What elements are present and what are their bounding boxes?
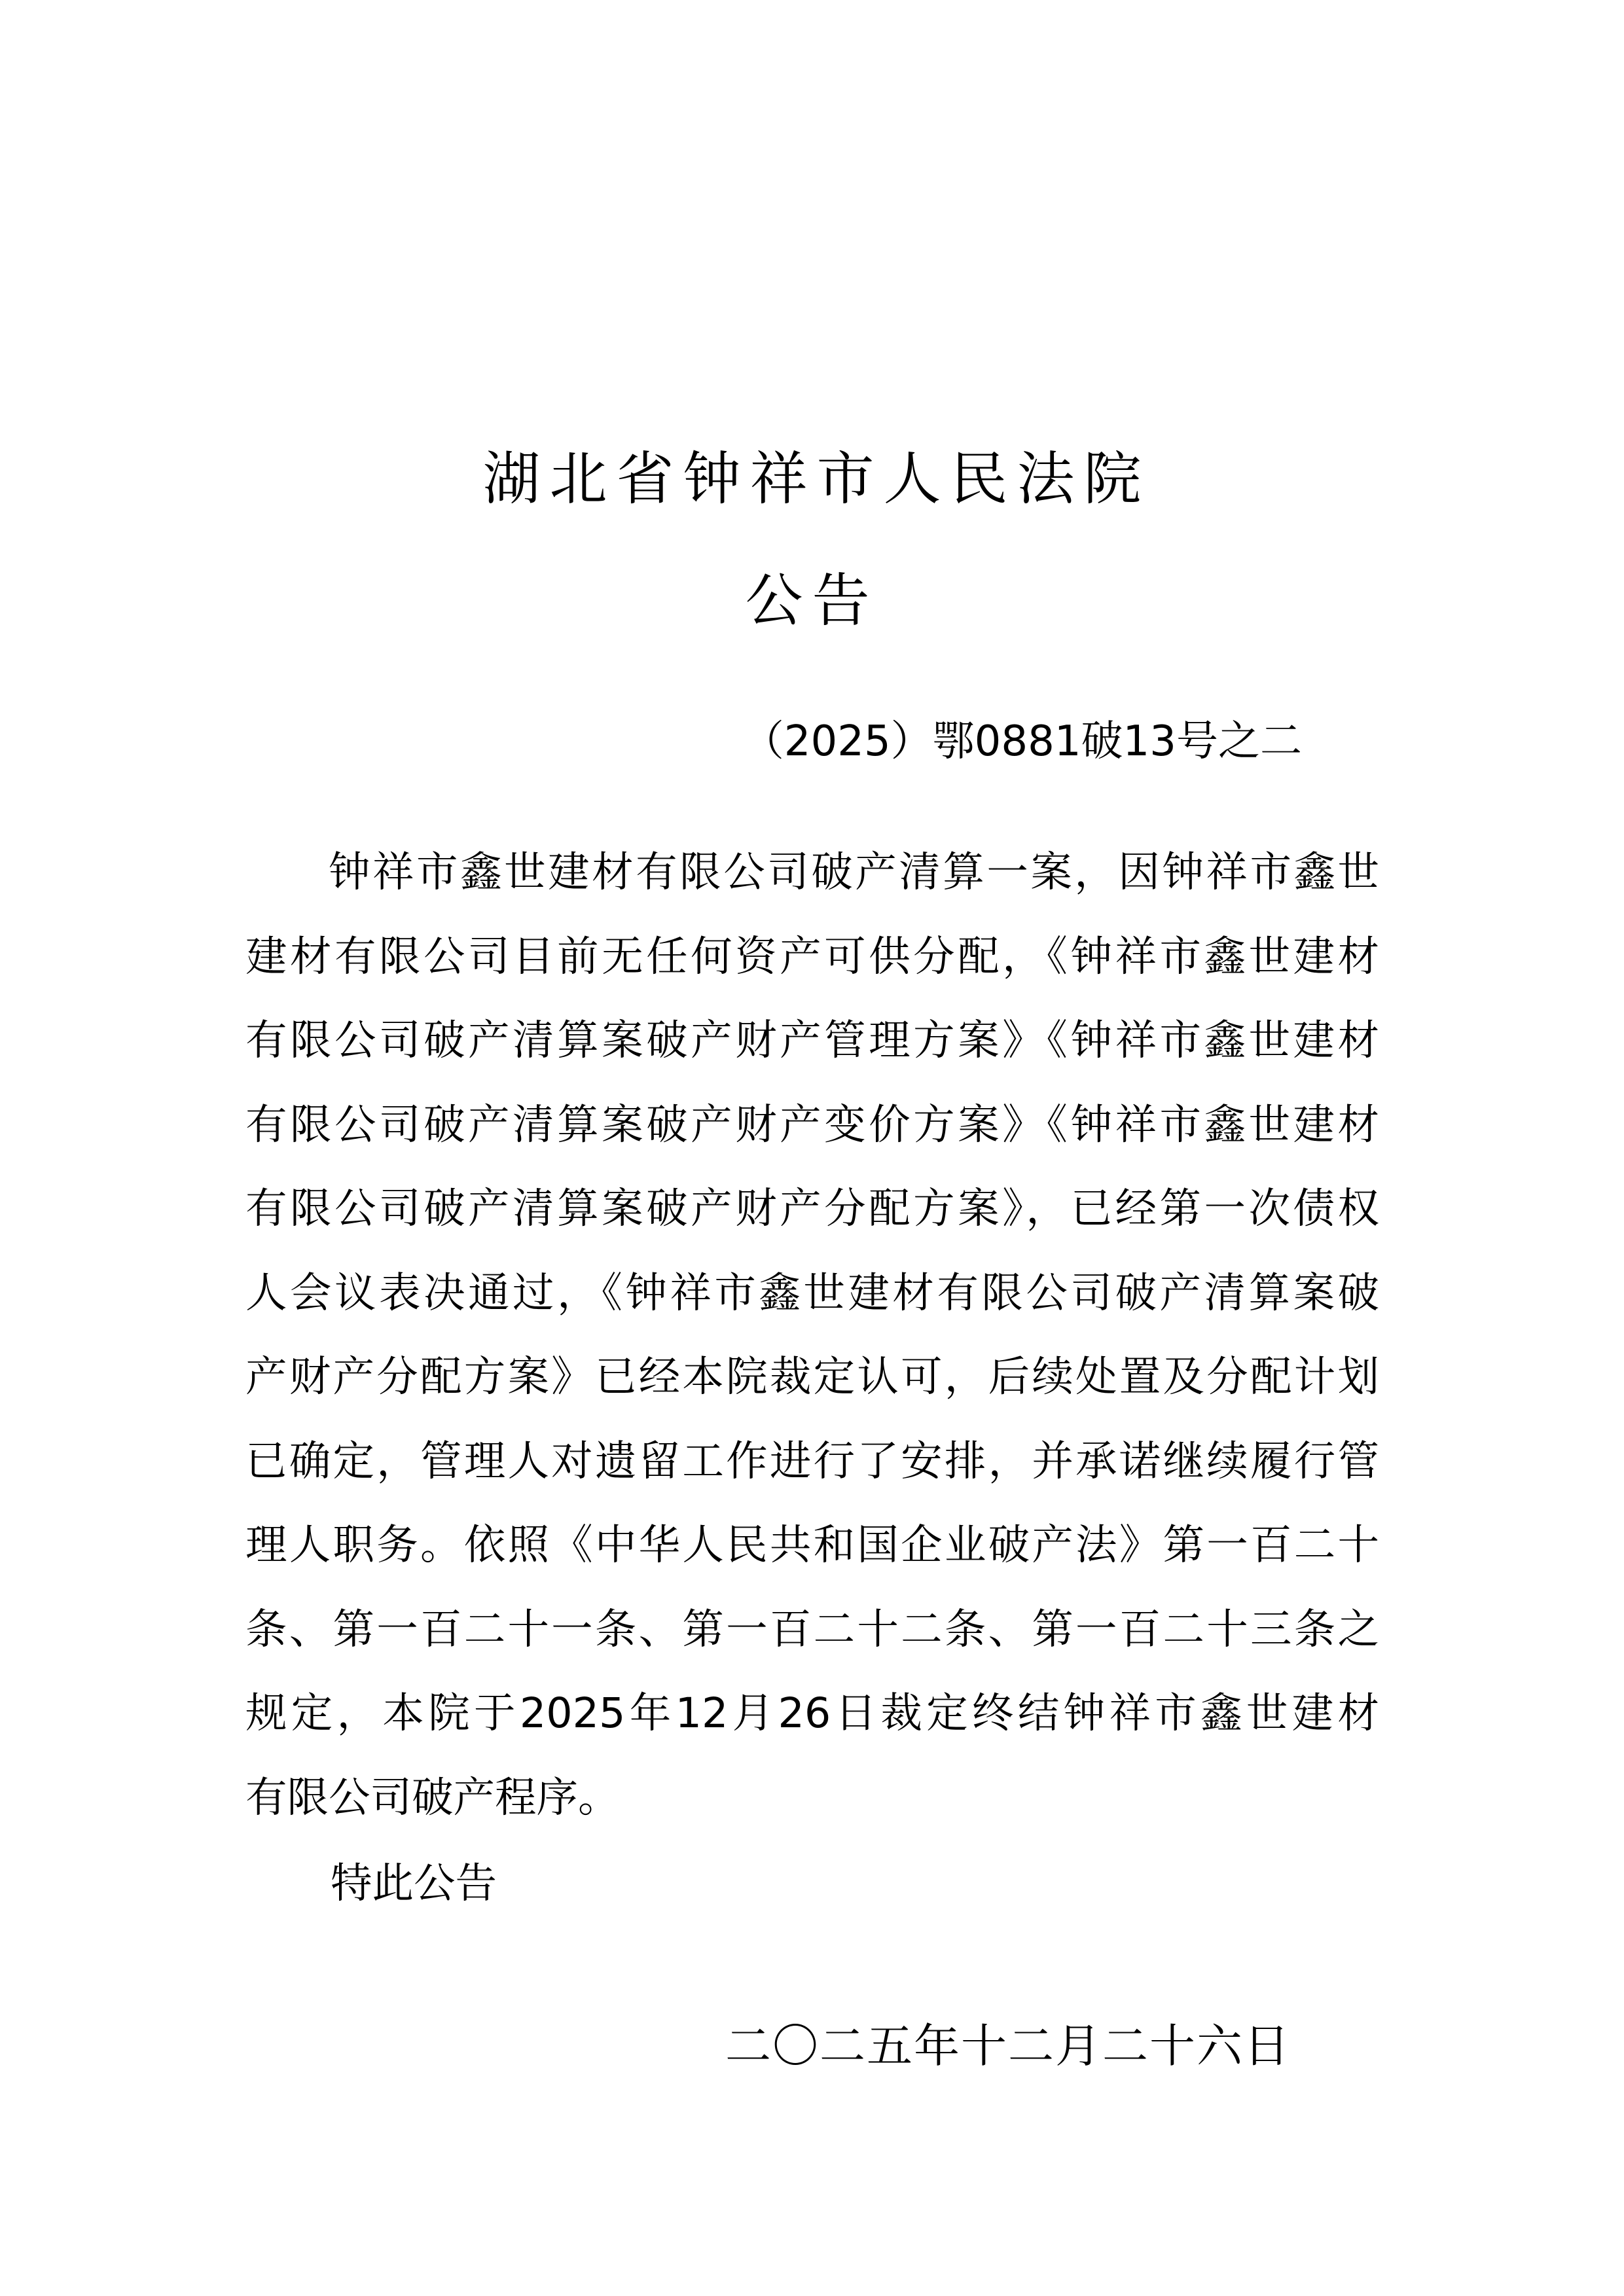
body-line: 有限公司破产清算案破产财产变价方案》《钟祥市鑫世建材 <box>245 1083 1379 1167</box>
announcement-body: 钟祥市鑫世建材有限公司破产清算一案，因钟祥市鑫世 建材有限公司目前无任何资产可供… <box>245 830 1379 1839</box>
body-line: 建材有限公司目前无任何资产可供分配，《钟祥市鑫世建材 <box>245 914 1379 999</box>
body-line: 有限公司破产清算案破产财产管理方案》《钟祥市鑫世建材 <box>245 998 1379 1083</box>
court-name-heading: 湖北省钟祥市人民法院 <box>0 440 1624 518</box>
body-line: 已确定，管理人对遗留工作进行了安排，并承诺继续履行管 <box>245 1419 1379 1503</box>
body-line: 理人职务。依照《中华人民共和国企业破产法》第一百二十 <box>245 1503 1379 1587</box>
body-line: 产财产分配方案》已经本院裁定认可，后续处置及分配计划 <box>245 1335 1379 1419</box>
body-line: 规定，本院于2025年12月26日裁定终结钟祥市鑫世建材 <box>245 1671 1379 1755</box>
case-number: （2025）鄂0881破13号之二 <box>742 712 1302 771</box>
body-line: 人会议表决通过，《钟祥市鑫世建材有限公司破产清算案破 <box>245 1251 1379 1335</box>
issue-date: 二〇二五年十二月二十六日 <box>725 2013 1291 2079</box>
body-line: 条、第一百二十一条、第一百二十二条、第一百二十三条之 <box>245 1587 1379 1672</box>
body-line: 钟祥市鑫世建材有限公司破产清算一案，因钟祥市鑫世 <box>245 830 1379 914</box>
document-page: 湖北省钟祥市人民法院 公告 （2025）鄂0881破13号之二 钟祥市鑫世建材有… <box>0 0 1624 2296</box>
closing-phrase: 特此公告 <box>331 1854 497 1912</box>
body-line: 有限公司破产程序。 <box>245 1755 1379 1840</box>
document-type-heading: 公告 <box>0 562 1624 640</box>
body-line: 有限公司破产清算案破产财产分配方案》，已经第一次债权 <box>245 1166 1379 1251</box>
